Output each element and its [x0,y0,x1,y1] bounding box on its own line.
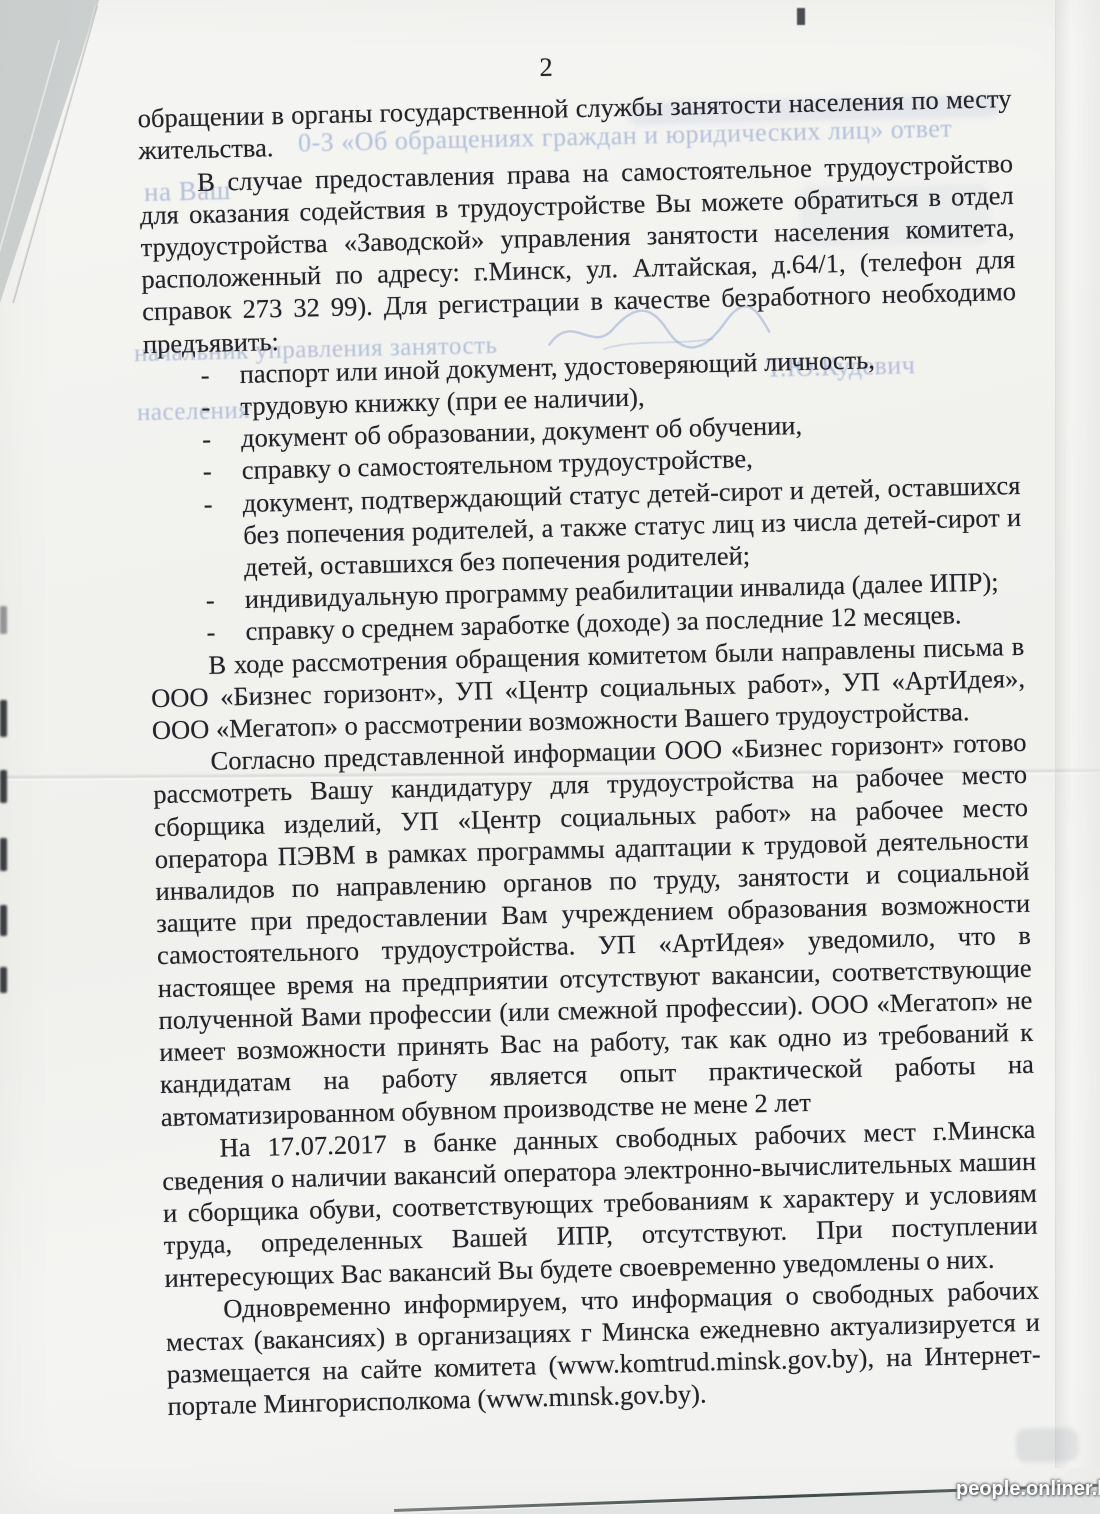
scan-edge-mark [0,606,7,634]
paragraph-vacancies-bank: На 17.07.2017 в банке данных свободных р… [161,1112,1039,1293]
paragraph-intro: В случае предоставления права на самосто… [139,147,1017,360]
paper-right-edge [1055,0,1100,1468]
scan-edge-mark [0,838,7,871]
scan-speck [797,8,805,25]
scan-edge-mark [0,905,7,936]
paragraph-info-sites: Одновременно информируем, что информация… [165,1273,1042,1422]
scan-edge-mark [0,770,7,803]
watermark: people.onliner.by [956,1478,1100,1501]
scan-edge-mark [0,700,7,737]
paragraph-companies-replies: Согласно представленной информации ООО «… [152,726,1035,1133]
bleedthrough-smudge [1016,1427,1079,1462]
scan-edge-mark [0,967,7,993]
scanned-letter-page: 2 обращении в органы государственной слу… [136,40,1041,1422]
documents-list: паспорт или иной документ, удостоверяющи… [143,340,1023,650]
scan-background: { "page": { "number": "2" }, "watermark"… [0,0,1100,1514]
